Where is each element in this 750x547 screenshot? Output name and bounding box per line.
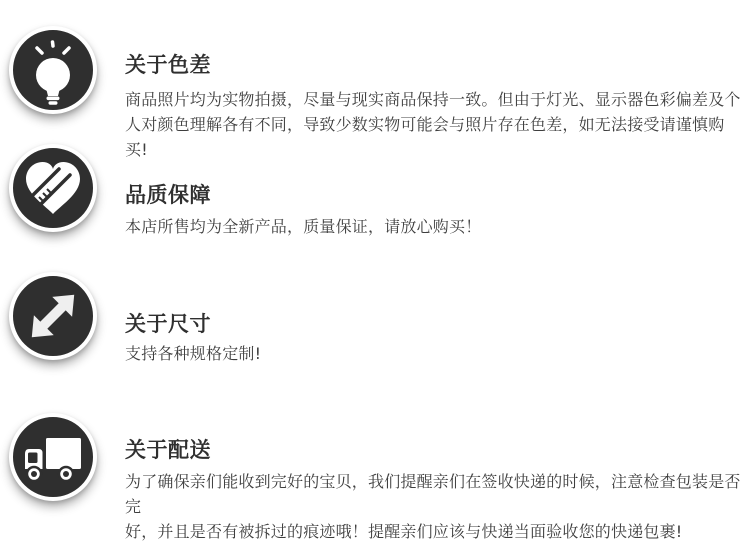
section-title: 关于色差: [125, 53, 211, 77]
size-badge: [9, 272, 97, 360]
quality-guarantee-badge: [9, 144, 97, 232]
section-title: 关于尺寸: [125, 312, 211, 336]
handshake-heart-icon: [13, 148, 93, 228]
section-title: 品质保障: [125, 183, 211, 207]
delivery-truck-icon: [13, 417, 93, 497]
section-body: 为了确保亲们能收到完好的宝贝，我们提醒亲们在签收快递的时候，注意检查包装是否完 …: [125, 469, 747, 544]
color-difference-badge: [9, 26, 97, 114]
section-body: 本店所售均为全新产品，质量保证，请放心购买！: [125, 214, 747, 239]
section-title: 关于配送: [125, 438, 211, 462]
resize-arrows-icon: [13, 276, 93, 356]
product-info-page: 关于色差 商品照片均为实物拍摄，尽量与现实商品保持一致。但由于灯光、显示器色彩偏…: [0, 0, 750, 547]
section-body: 支持各种规格定制!: [125, 341, 747, 366]
lightbulb-icon: [13, 30, 93, 110]
section-body: 商品照片均为实物拍摄，尽量与现实商品保持一致。但由于灯光、显示器色彩偏差及个 人…: [125, 87, 747, 162]
delivery-badge: [9, 413, 97, 501]
